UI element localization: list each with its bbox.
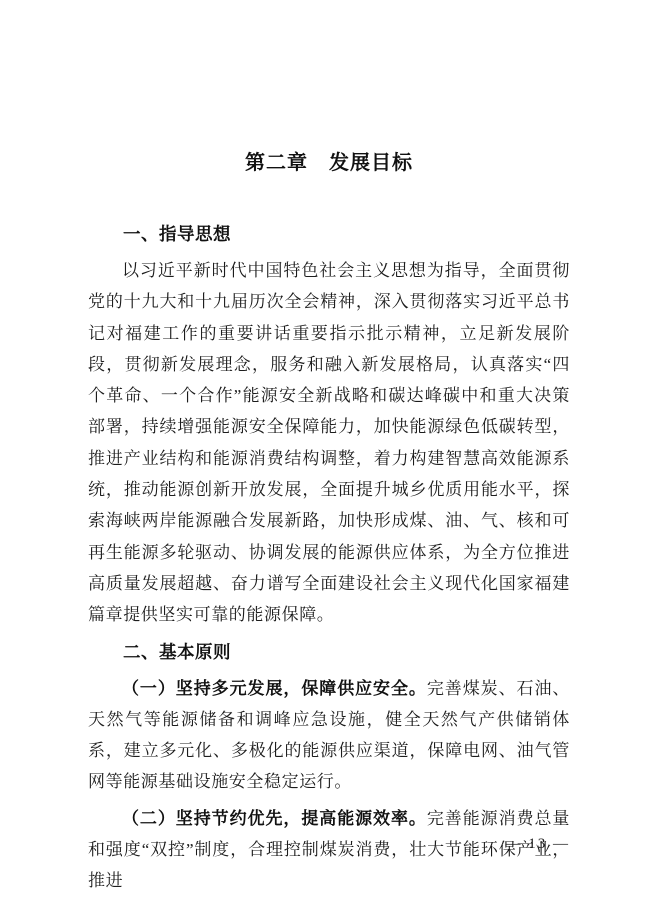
principle-1-paragraph: （一）坚持多元发展，保障供应安全。完善煤炭、石油、天然气等能源储备和调峰应急设施… [88, 673, 570, 798]
document-page: 第二章 发展目标 一、指导思想 以习近平新时代中国特色社会主义思想为指导，全面贯… [0, 0, 650, 919]
principle-1-lead: （一）坚持多元发展，保障供应安全。 [122, 679, 427, 698]
principle-2-lead: （二）坚持节约优先，提高能源效率。 [122, 809, 427, 828]
guiding-thought-paragraph: 以习近平新时代中国特色社会主义思想为指导，全面贯彻党的十九大和十九届历次全会精神… [88, 255, 570, 631]
section-heading-basic-principles: 二、基本原则 [88, 639, 570, 664]
section-heading-guiding-thought: 一、指导思想 [88, 221, 570, 246]
principle-2-paragraph: （二）坚持节约优先，提高能源效率。完善能源消费总量和强度“双控”制度，合理控制煤… [88, 803, 570, 897]
chapter-title: 第二章 发展目标 [88, 146, 570, 175]
page-number: — 13 — [506, 836, 571, 853]
